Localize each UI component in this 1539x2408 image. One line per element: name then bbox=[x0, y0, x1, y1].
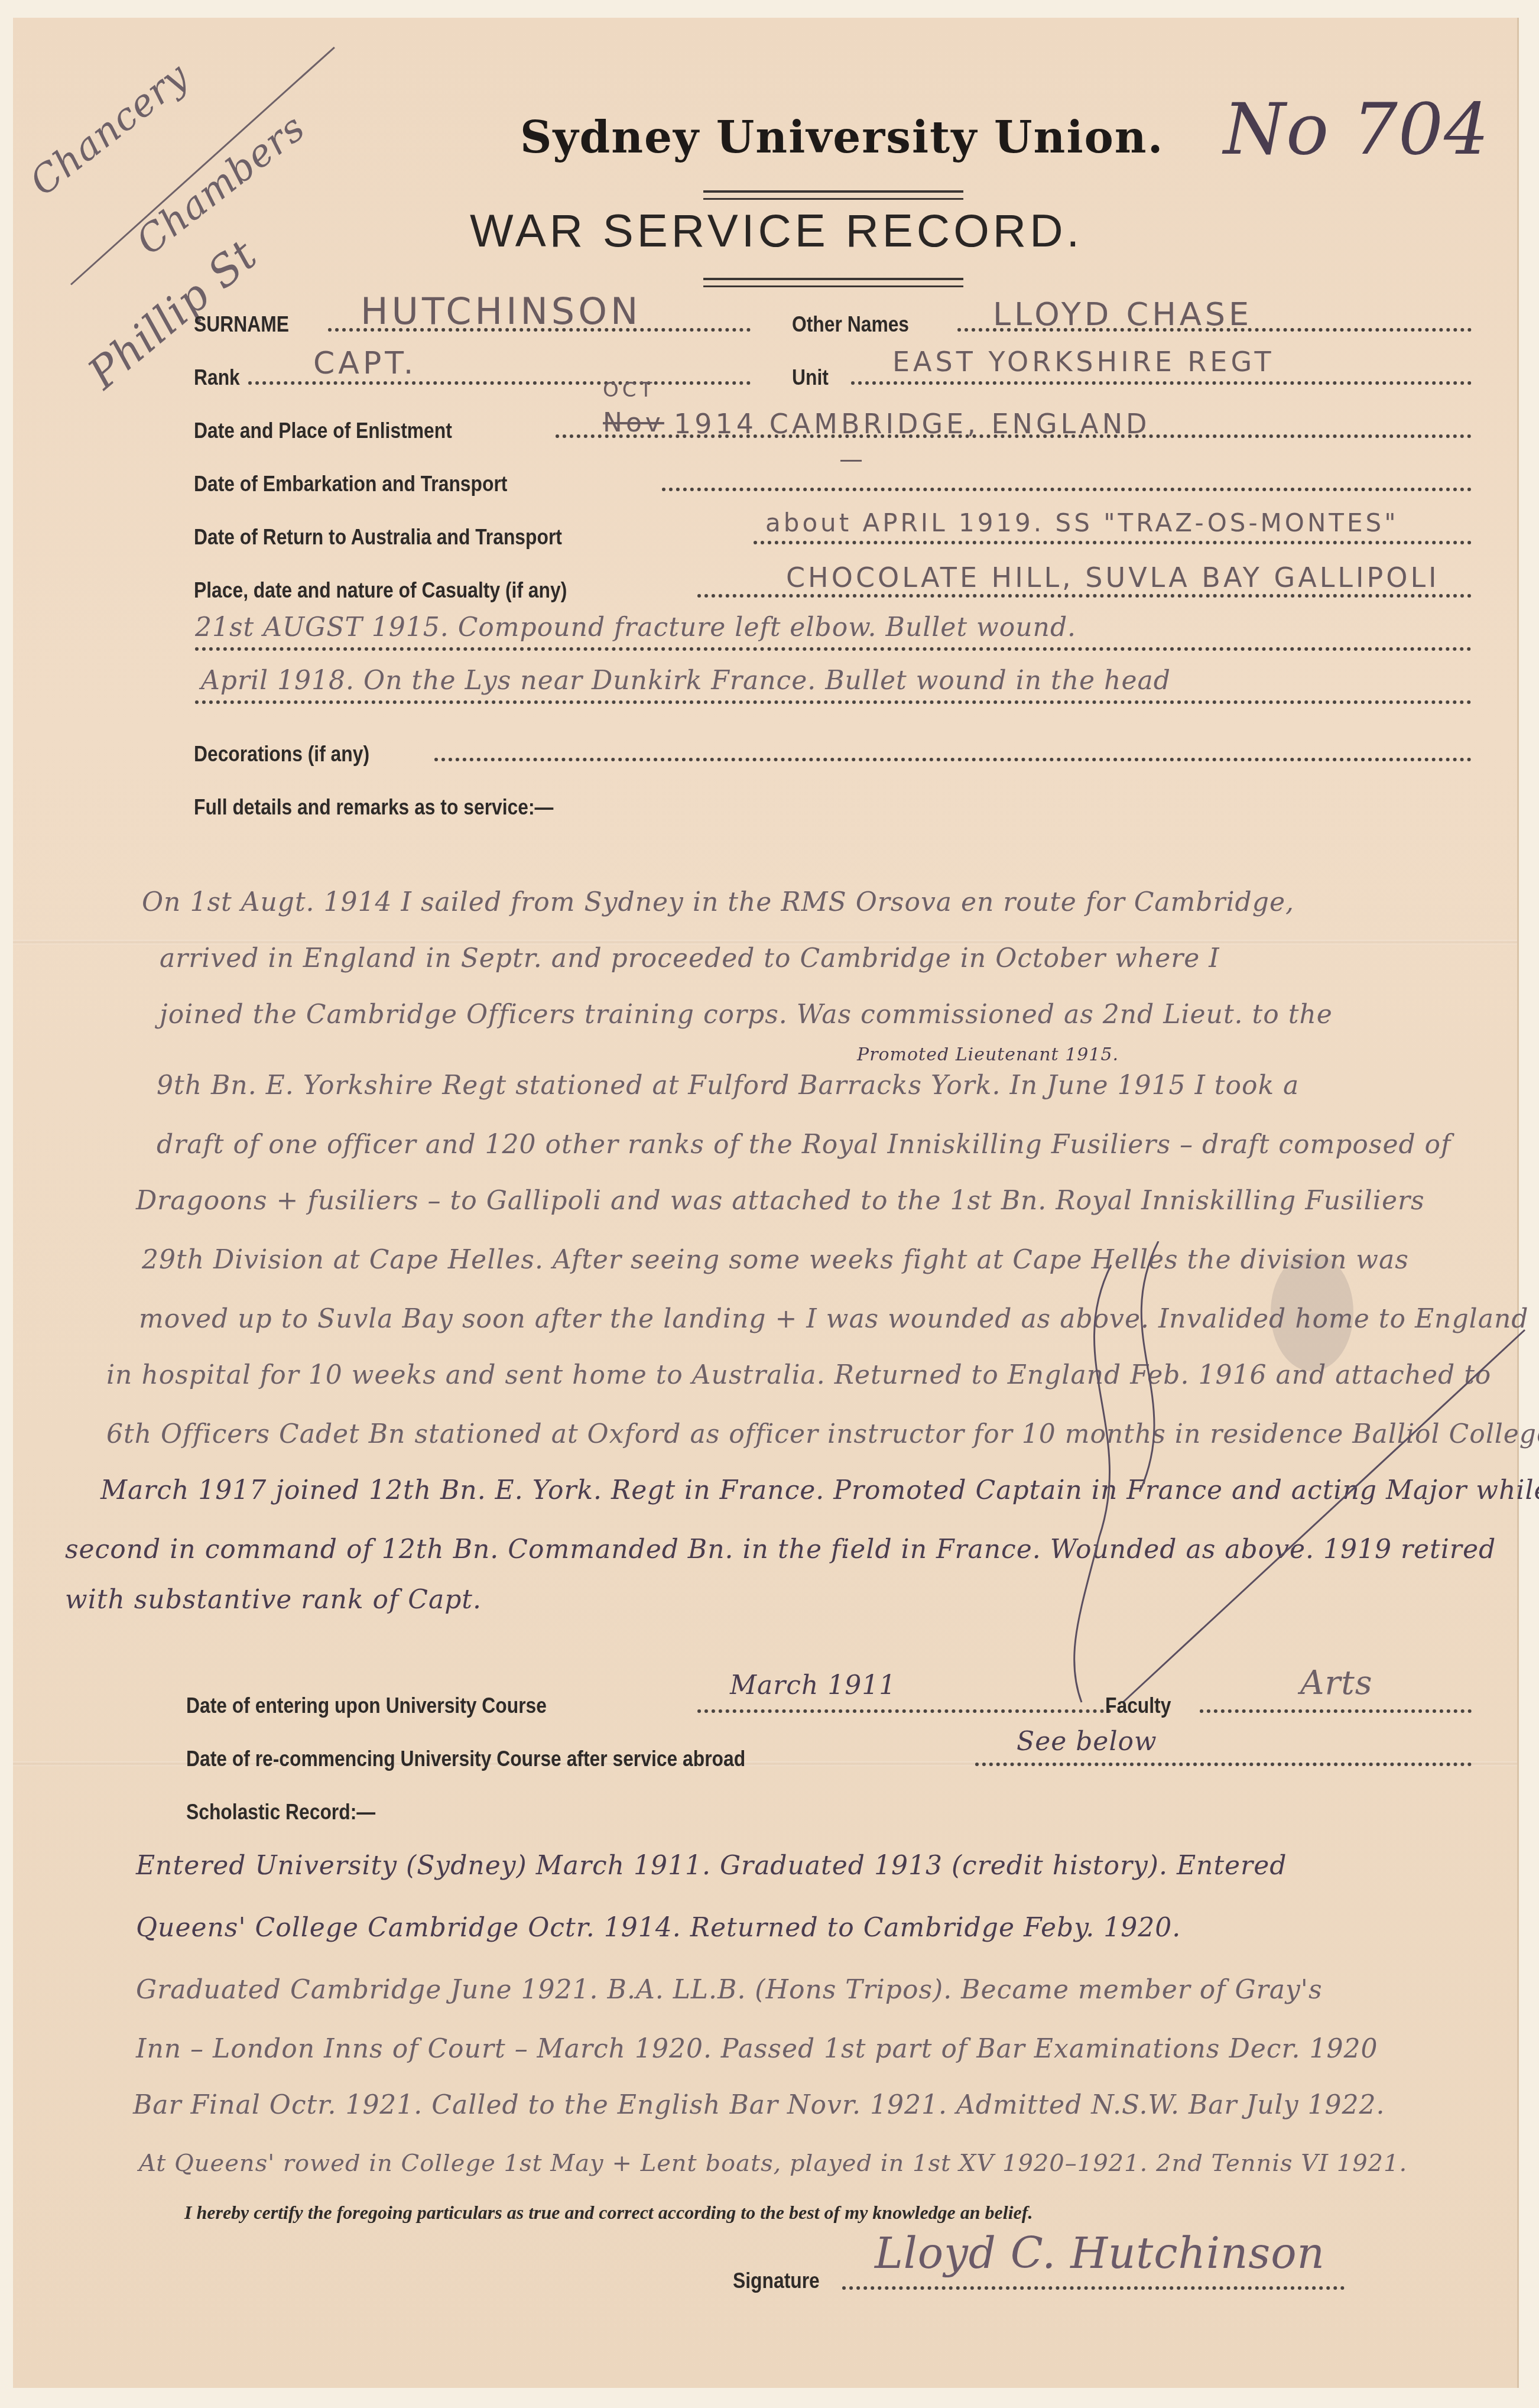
casualty-value: 21st AUGST 1915. Compound fracture left … bbox=[195, 615, 1076, 641]
surname-value: HUTCHINSON bbox=[361, 290, 641, 333]
unit-field-line bbox=[851, 381, 1472, 385]
enlistment-correction: OCT bbox=[603, 378, 655, 402]
unit-value: EAST YORKSHIRE REGT bbox=[892, 346, 1275, 378]
unit-label: Unit bbox=[792, 365, 829, 390]
remarks-label: Full details and remarks as to service:— bbox=[194, 795, 553, 820]
form-title: WAR SERVICE RECORD. bbox=[470, 204, 1083, 258]
narrative-line: joined the Cambridge Officers training c… bbox=[160, 1002, 1333, 1028]
narrative-line: draft of one officer and 120 other ranks… bbox=[157, 1132, 1451, 1158]
signature-value: Lloyd C. Hutchinson bbox=[875, 2228, 1325, 2278]
scholastic-line: Inn – London Inns of Court – March 1920.… bbox=[136, 2036, 1378, 2062]
signature-field-line bbox=[842, 2286, 1345, 2290]
scholastic-line: At Queens' rowed in College 1st May + Le… bbox=[139, 2151, 1407, 2175]
return-field-line bbox=[754, 541, 1472, 544]
rank-value: CAPT. bbox=[313, 346, 417, 381]
decorations-field-line bbox=[434, 758, 1472, 761]
pencil-scribble bbox=[887, 1241, 1537, 1714]
casualty-field-line bbox=[195, 700, 1472, 704]
scholastic-line: Queens' College Cambridge Octr. 1914. Re… bbox=[136, 1915, 1181, 1941]
surname-label: SURNAME bbox=[194, 312, 289, 337]
narrative-line: with substantive rank of Capt. bbox=[65, 1587, 482, 1613]
certification-statement: I hereby certify the foregoing particula… bbox=[184, 2202, 1033, 2224]
faculty-field-line bbox=[1200, 1709, 1472, 1713]
entering-date-label: Date of entering upon University Course bbox=[186, 1693, 547, 1718]
narrative-line: On 1st Augt. 1914 I sailed from Sydney i… bbox=[142, 890, 1294, 916]
scholastic-line: Entered University (Sydney) March 1911. … bbox=[136, 1853, 1287, 1879]
casualty-label: Place, date and nature of Casualty (if a… bbox=[194, 578, 567, 603]
recommencing-label: Date of re-commencing University Course … bbox=[186, 1747, 745, 1771]
recommencing-value: See below bbox=[1017, 1729, 1157, 1755]
header-rule bbox=[703, 198, 963, 200]
header-rule bbox=[703, 278, 963, 280]
embarkation-value: — bbox=[839, 446, 866, 473]
enlistment-struck-value: Nov bbox=[603, 408, 664, 438]
entering-date-field-line bbox=[697, 1709, 1111, 1713]
signature-label: Signature bbox=[733, 2269, 820, 2293]
other-names-value: LLOYD CHASE bbox=[993, 296, 1252, 333]
enlistment-label: Date and Place of Enlistment bbox=[194, 418, 452, 443]
return-value: about APRIL 1919. SS "TRAZ-OS-MONTES" bbox=[765, 508, 1398, 537]
underline-stroke bbox=[70, 47, 335, 285]
embarkation-field-line bbox=[662, 488, 1472, 491]
margin-note-line: Chancery bbox=[22, 54, 197, 205]
narrative-insert: Promoted Lieutenant 1915. bbox=[857, 1046, 1119, 1064]
entering-date-value: March 1911 bbox=[730, 1673, 896, 1699]
scholastic-label: Scholastic Record:— bbox=[186, 1800, 375, 1825]
casualty-field-line bbox=[697, 594, 1472, 598]
narrative-line: 9th Bn. E. Yorkshire Regt stationed at F… bbox=[157, 1073, 1299, 1099]
decorations-label: Decorations (if any) bbox=[194, 742, 369, 767]
rank-label: Rank bbox=[194, 365, 240, 390]
organization-title: Sydney University Union. bbox=[520, 112, 1164, 163]
enlistment-value: 1914 CAMBRIDGE, ENGLAND bbox=[674, 408, 1151, 440]
casualty-value: April 1918. On the Lys near Dunkirk Fran… bbox=[201, 668, 1171, 694]
narrative-line: arrived in England in Septr. and proceed… bbox=[160, 946, 1220, 972]
recommencing-field-line bbox=[975, 1763, 1472, 1766]
embarkation-label: Date of Embarkation and Transport bbox=[194, 472, 507, 496]
narrative-line: Dragoons + fusiliers – to Gallipoli and … bbox=[136, 1188, 1425, 1214]
header-rule bbox=[703, 190, 963, 193]
return-label: Date of Return to Australia and Transpor… bbox=[194, 525, 562, 550]
scholastic-line: Bar Final Octr. 1921. Called to the Engl… bbox=[133, 2092, 1385, 2118]
faculty-label: Faculty bbox=[1105, 1693, 1171, 1718]
faculty-value: Arts bbox=[1300, 1667, 1372, 1700]
record-number: No 704 bbox=[1223, 89, 1489, 171]
casualty-field-line bbox=[195, 647, 1472, 651]
other-names-label: Other Names bbox=[792, 312, 909, 337]
rank-field-line bbox=[248, 381, 751, 385]
scholastic-line: Graduated Cambridge June 1921. B.A. LL.B… bbox=[136, 1977, 1323, 2003]
header-rule bbox=[703, 285, 963, 287]
casualty-value: CHOCOLATE HILL, SUVLA BAY GALLIPOLI bbox=[786, 562, 1440, 593]
